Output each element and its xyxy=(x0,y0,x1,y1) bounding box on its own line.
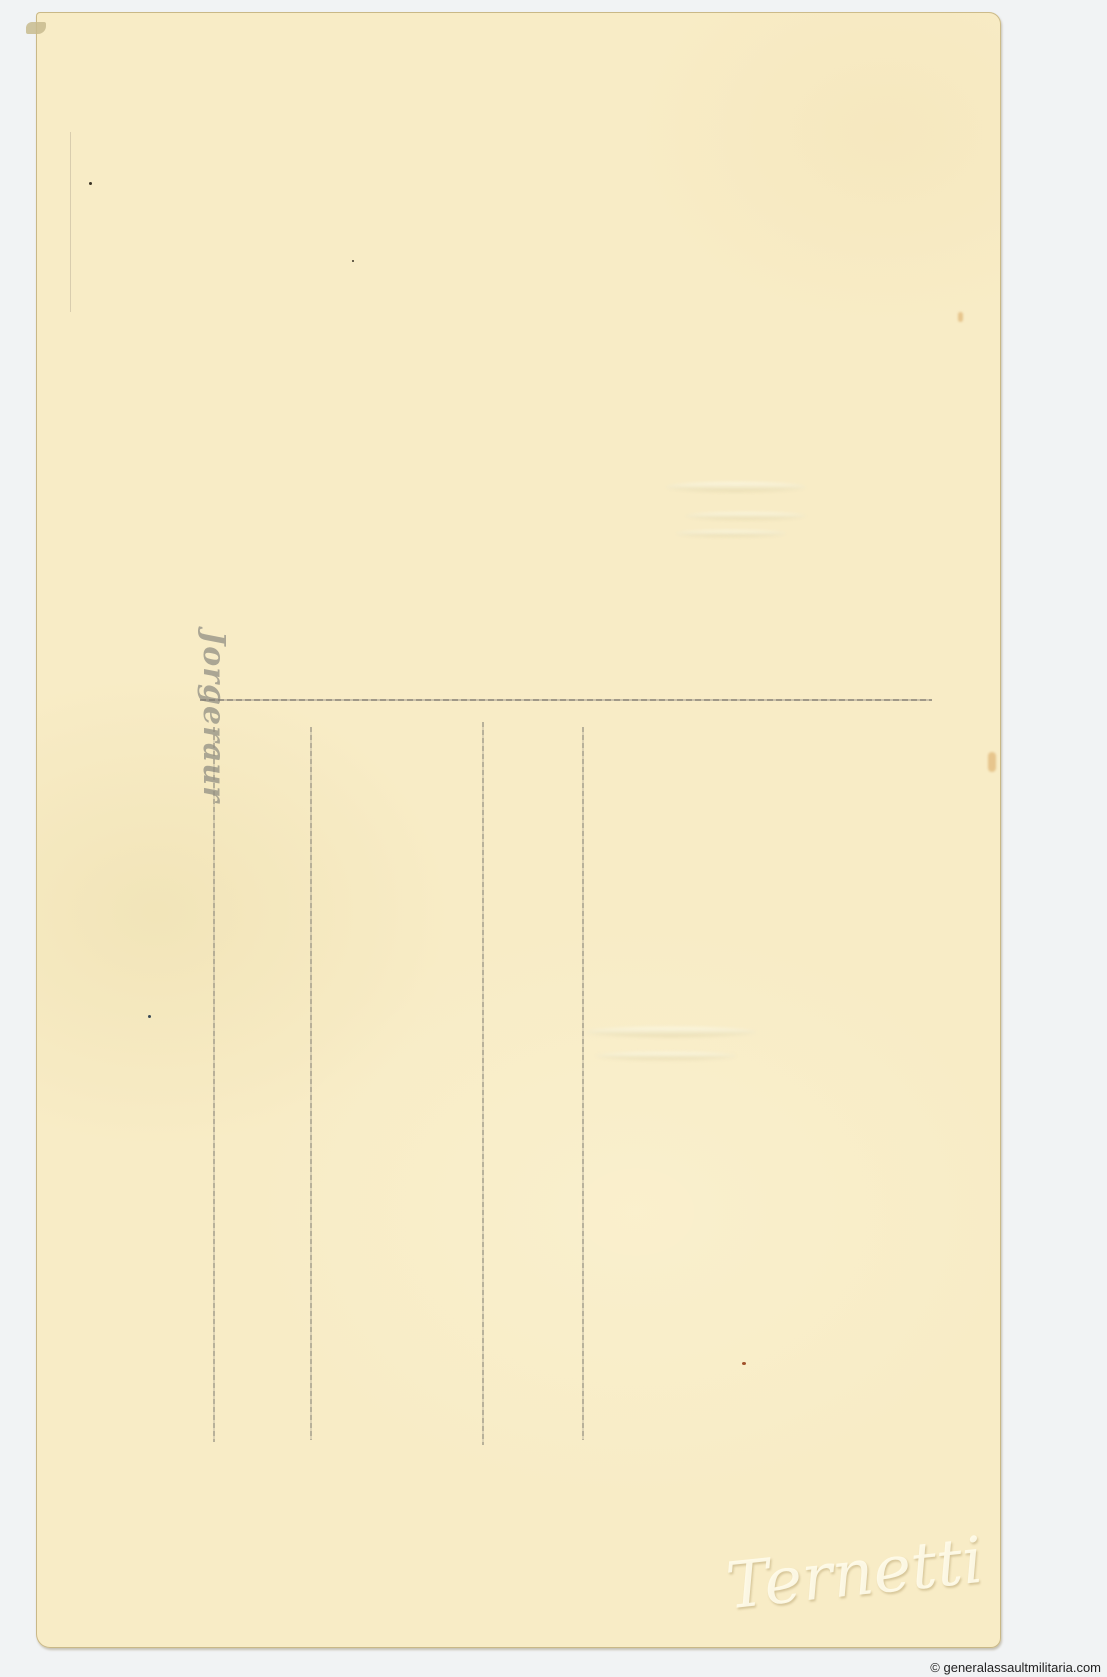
vertical-line-1 xyxy=(213,727,215,1442)
copyright-watermark: © generalassaultmilitaria.com xyxy=(930,1660,1101,1675)
vertical-line-3 xyxy=(482,722,484,1445)
embossed-signature: Ternetti xyxy=(723,1524,987,1624)
speck xyxy=(352,260,354,262)
emboss-mark-upper xyxy=(666,482,806,492)
edge-stain xyxy=(958,312,963,322)
emboss-mark-upper-2 xyxy=(686,512,806,520)
emboss-mark-middle-2 xyxy=(596,1052,736,1060)
edge-stain xyxy=(988,752,996,772)
vertical-line-2 xyxy=(310,727,312,1440)
postcard-back: Jorgeraur Ternetti xyxy=(36,12,1001,1648)
emboss-mark-middle xyxy=(586,1027,756,1037)
emboss-mark-upper-3 xyxy=(676,530,786,537)
speck xyxy=(89,182,92,185)
scan-scene: Jorgeraur Ternetti © generalassaultmilit… xyxy=(0,0,1107,1677)
horizontal-divider-line xyxy=(200,699,932,701)
corner-damage xyxy=(26,22,46,34)
vertical-pencil-label: Jorgeraur xyxy=(201,597,231,837)
faint-margin-line xyxy=(70,132,71,312)
speck xyxy=(742,1362,746,1365)
speck xyxy=(148,1015,151,1018)
vertical-line-4 xyxy=(582,727,584,1440)
